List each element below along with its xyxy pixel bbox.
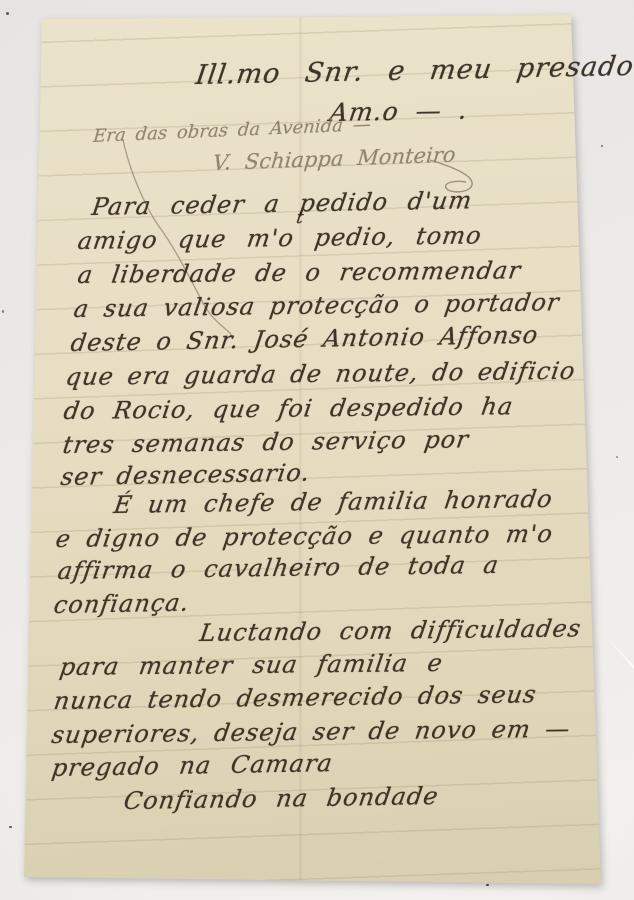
letter-line: Luctando com difficuldades xyxy=(198,614,583,647)
letter-line: confiança. xyxy=(52,589,191,619)
letter-line: tres semanas do serviço por xyxy=(61,425,471,459)
letter-line: a liberdade de o recommendar xyxy=(76,256,523,289)
letter-photograph: Ill.mo Snr. e meu presado Am.o — . Era d… xyxy=(0,0,634,900)
letter-line: e digno de protecção e quanto m'o xyxy=(54,520,555,553)
letter-line: para manter sua familia e xyxy=(58,649,445,681)
letter-line: ser desnecessario. xyxy=(59,459,312,491)
letter-line: Confiando na bondade xyxy=(122,782,441,815)
letter-line: amigo que m'o pedio, tomo xyxy=(76,221,484,255)
letter-line: pregado na Camara xyxy=(50,749,335,782)
letter-line: do Rocio, que foi despedido ha xyxy=(62,392,516,425)
letter-text: Ill.mo Snr. e meu presado Am.o — . Era d… xyxy=(0,0,634,900)
